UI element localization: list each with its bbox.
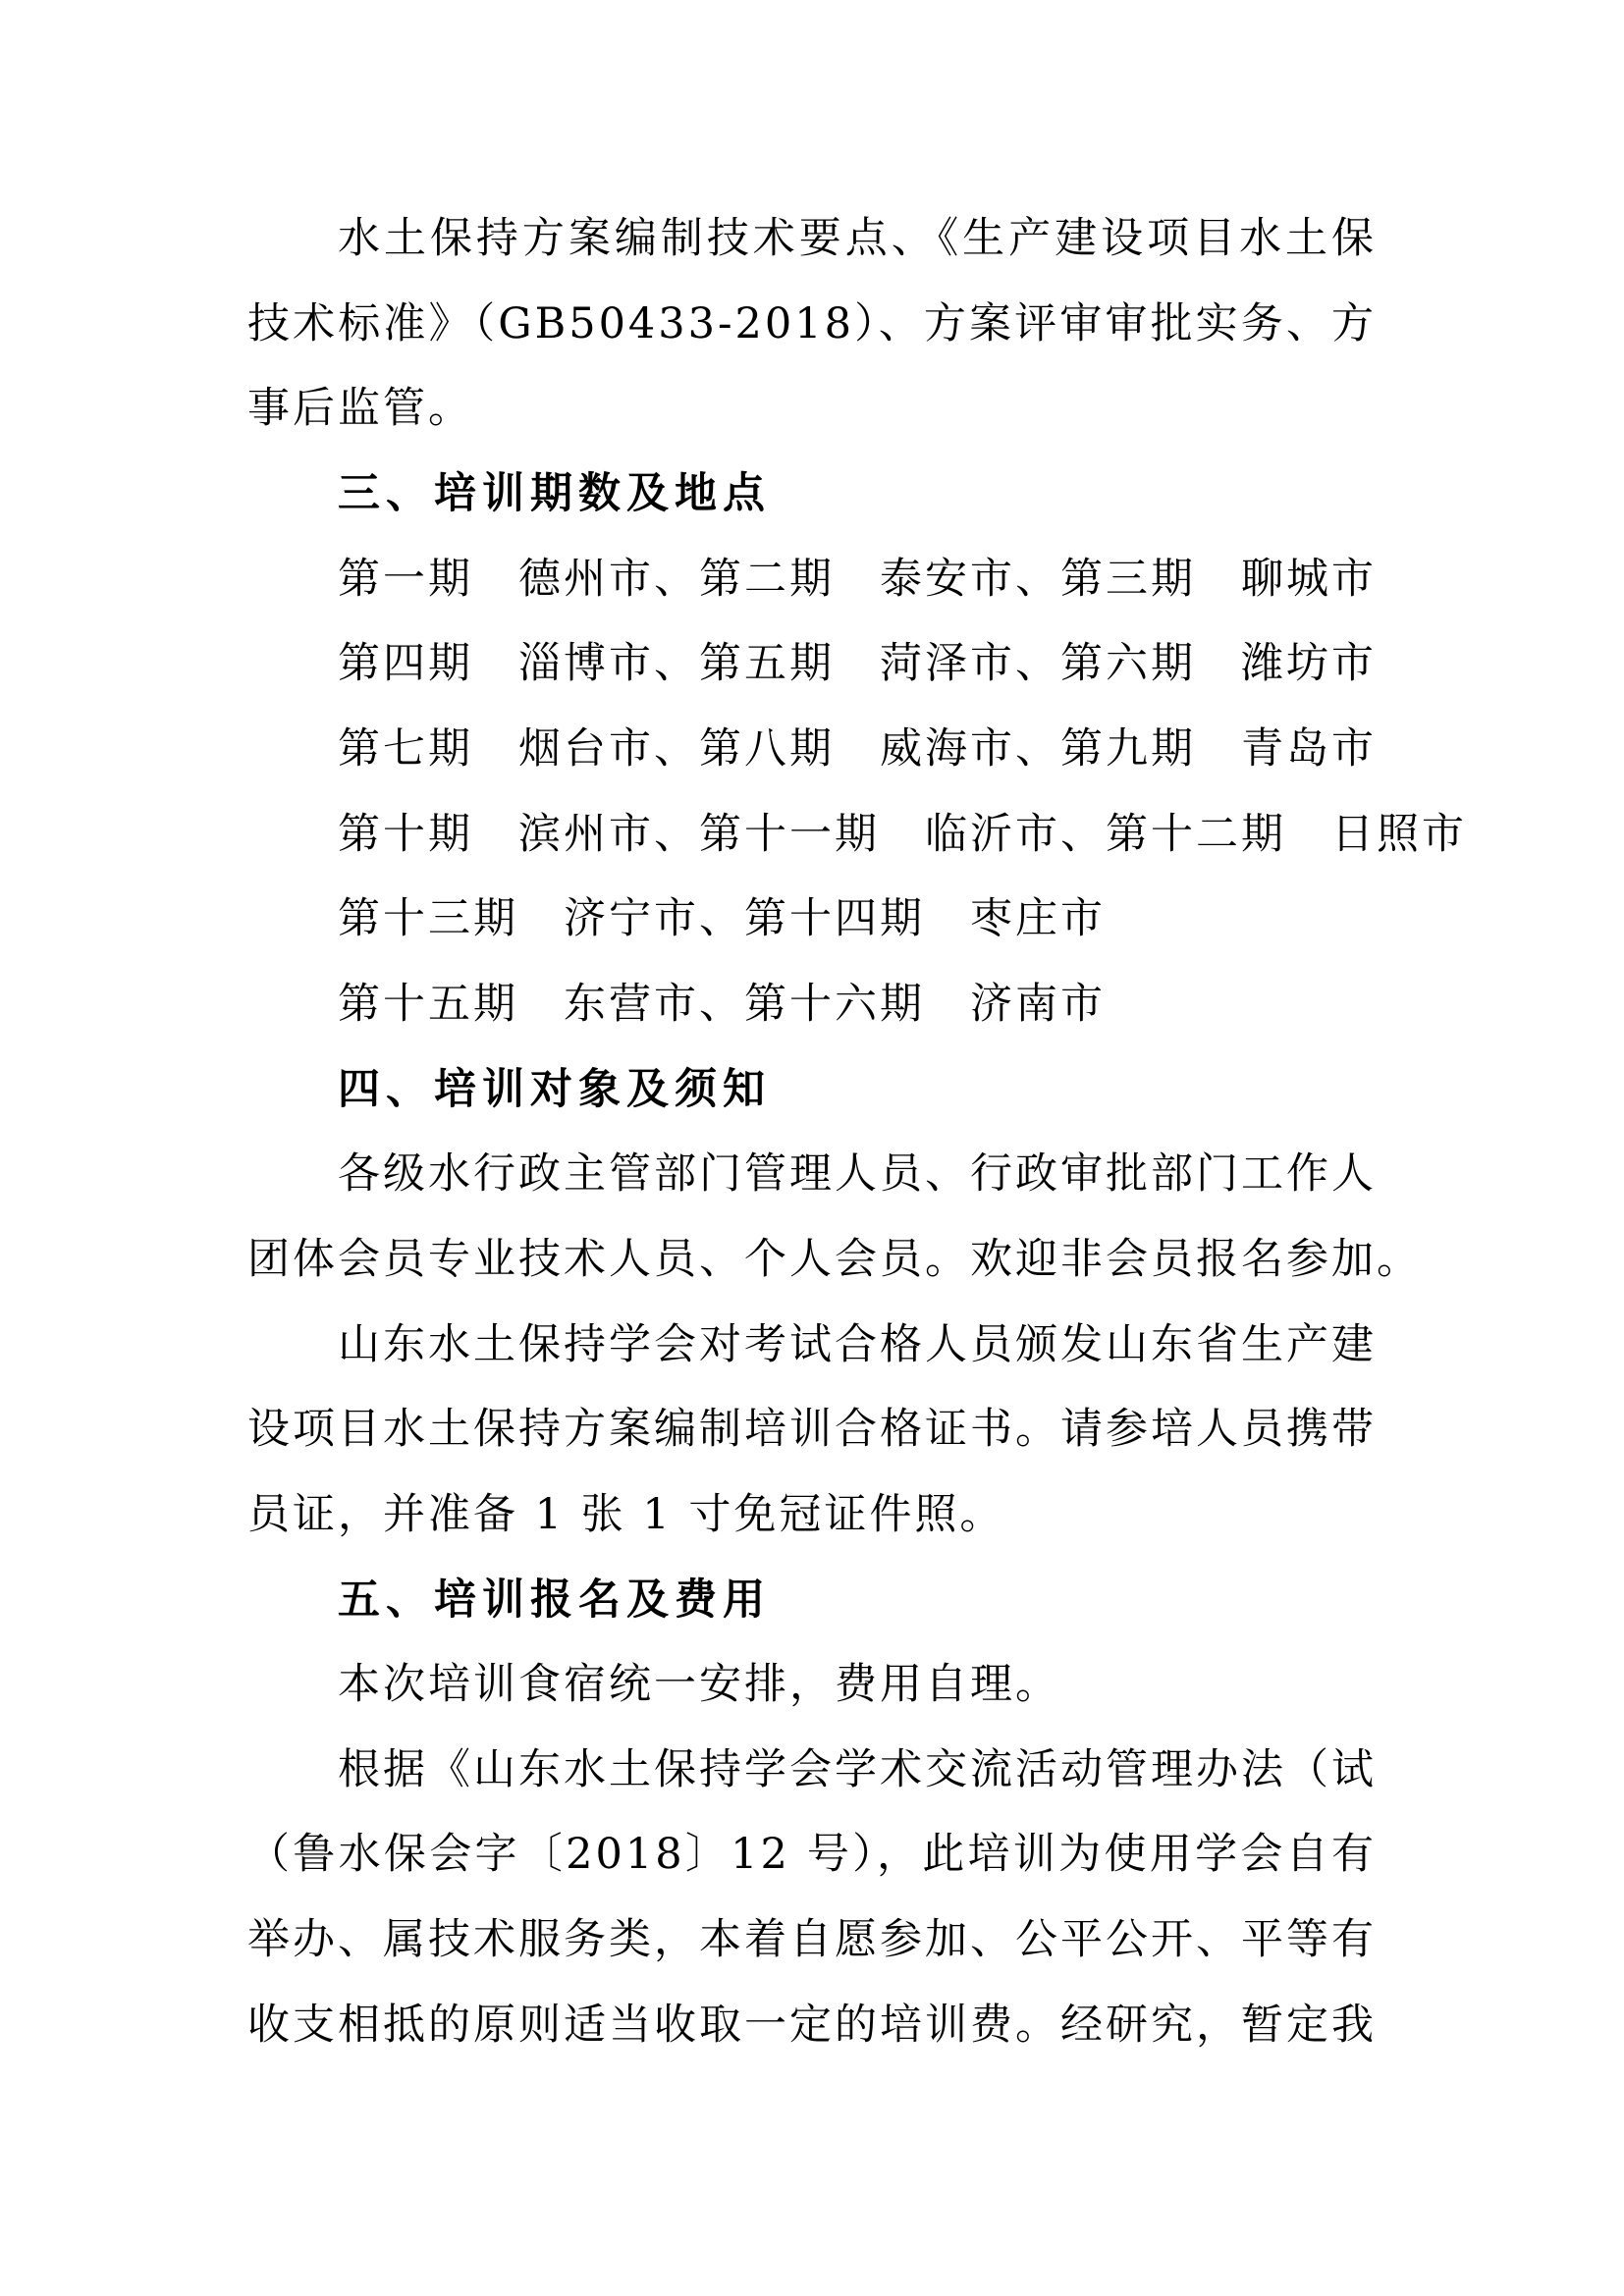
document-page: 水土保持方案编制技术要点、《生产建设项目水土保持 技术标准》（GB50433-2…: [0, 0, 1624, 2296]
schedule-line: 第十期 滨州市、第十一期 临沂市、第十二期 日照市: [247, 792, 1377, 878]
section-heading-5: 五、培训报名及费用: [247, 1558, 1377, 1643]
body-text-line: 各级水行政主管部门管理人员、行政审批部门工作人员，: [247, 1132, 1377, 1217]
section-heading-3: 三、培训期数及地点: [247, 452, 1377, 537]
body-text-line: 技术标准》（GB50433-2018）、方案评审审批实务、方案事中: [247, 282, 1377, 367]
document-body: 水土保持方案编制技术要点、《生产建设项目水土保持 技术标准》（GB50433-2…: [247, 196, 1377, 2067]
body-text-line: 山东水土保持学会对考试合格人员颁发山东省生产建: [247, 1303, 1377, 1388]
section-heading-4: 四、培训对象及须知: [247, 1047, 1377, 1133]
schedule-line: 第四期 淄博市、第五期 菏泽市、第六期 潍坊市: [247, 621, 1377, 707]
body-text-line: 本次培训食宿统一安排，费用自理。: [247, 1642, 1377, 1728]
schedule-line: 第一期 德州市、第二期 泰安市、第三期 聊城市: [247, 537, 1377, 622]
body-text-line: 团体会员专业技术人员、个人会员。欢迎非会员报名参加。: [247, 1217, 1377, 1303]
schedule-line: 第十五期 东营市、第十六期 济南市: [247, 962, 1377, 1047]
schedule-line: 第七期 烟台市、第八期 威海市、第九期 青岛市: [247, 707, 1377, 792]
schedule-line: 第十三期 济宁市、第十四期 枣庄市: [247, 877, 1377, 962]
body-text-line: 事后监管。: [247, 366, 1377, 452]
body-text-line: 举办、属技术服务类，本着自愿参加、公平公开、平等有偿、: [247, 1897, 1377, 1983]
body-text-line: 收支相抵的原则适当收取一定的培训费。经研究，暂定我会: [247, 1983, 1377, 2068]
body-text-line: 员证，并准备 1 张 1 寸免冠证件照。: [247, 1472, 1377, 1558]
body-text-line: 水土保持方案编制技术要点、《生产建设项目水土保持: [247, 196, 1377, 282]
body-text-line: 根据《山东水土保持学会学术交流活动管理办法（试行）》: [247, 1728, 1377, 1813]
body-text-line: 设项目水土保持方案编制培训合格证书。请参培人员携带会: [247, 1387, 1377, 1472]
body-text-line: （鲁水保会字〔2018〕12 号），此培训为使用学会自有资金: [247, 1812, 1377, 1897]
